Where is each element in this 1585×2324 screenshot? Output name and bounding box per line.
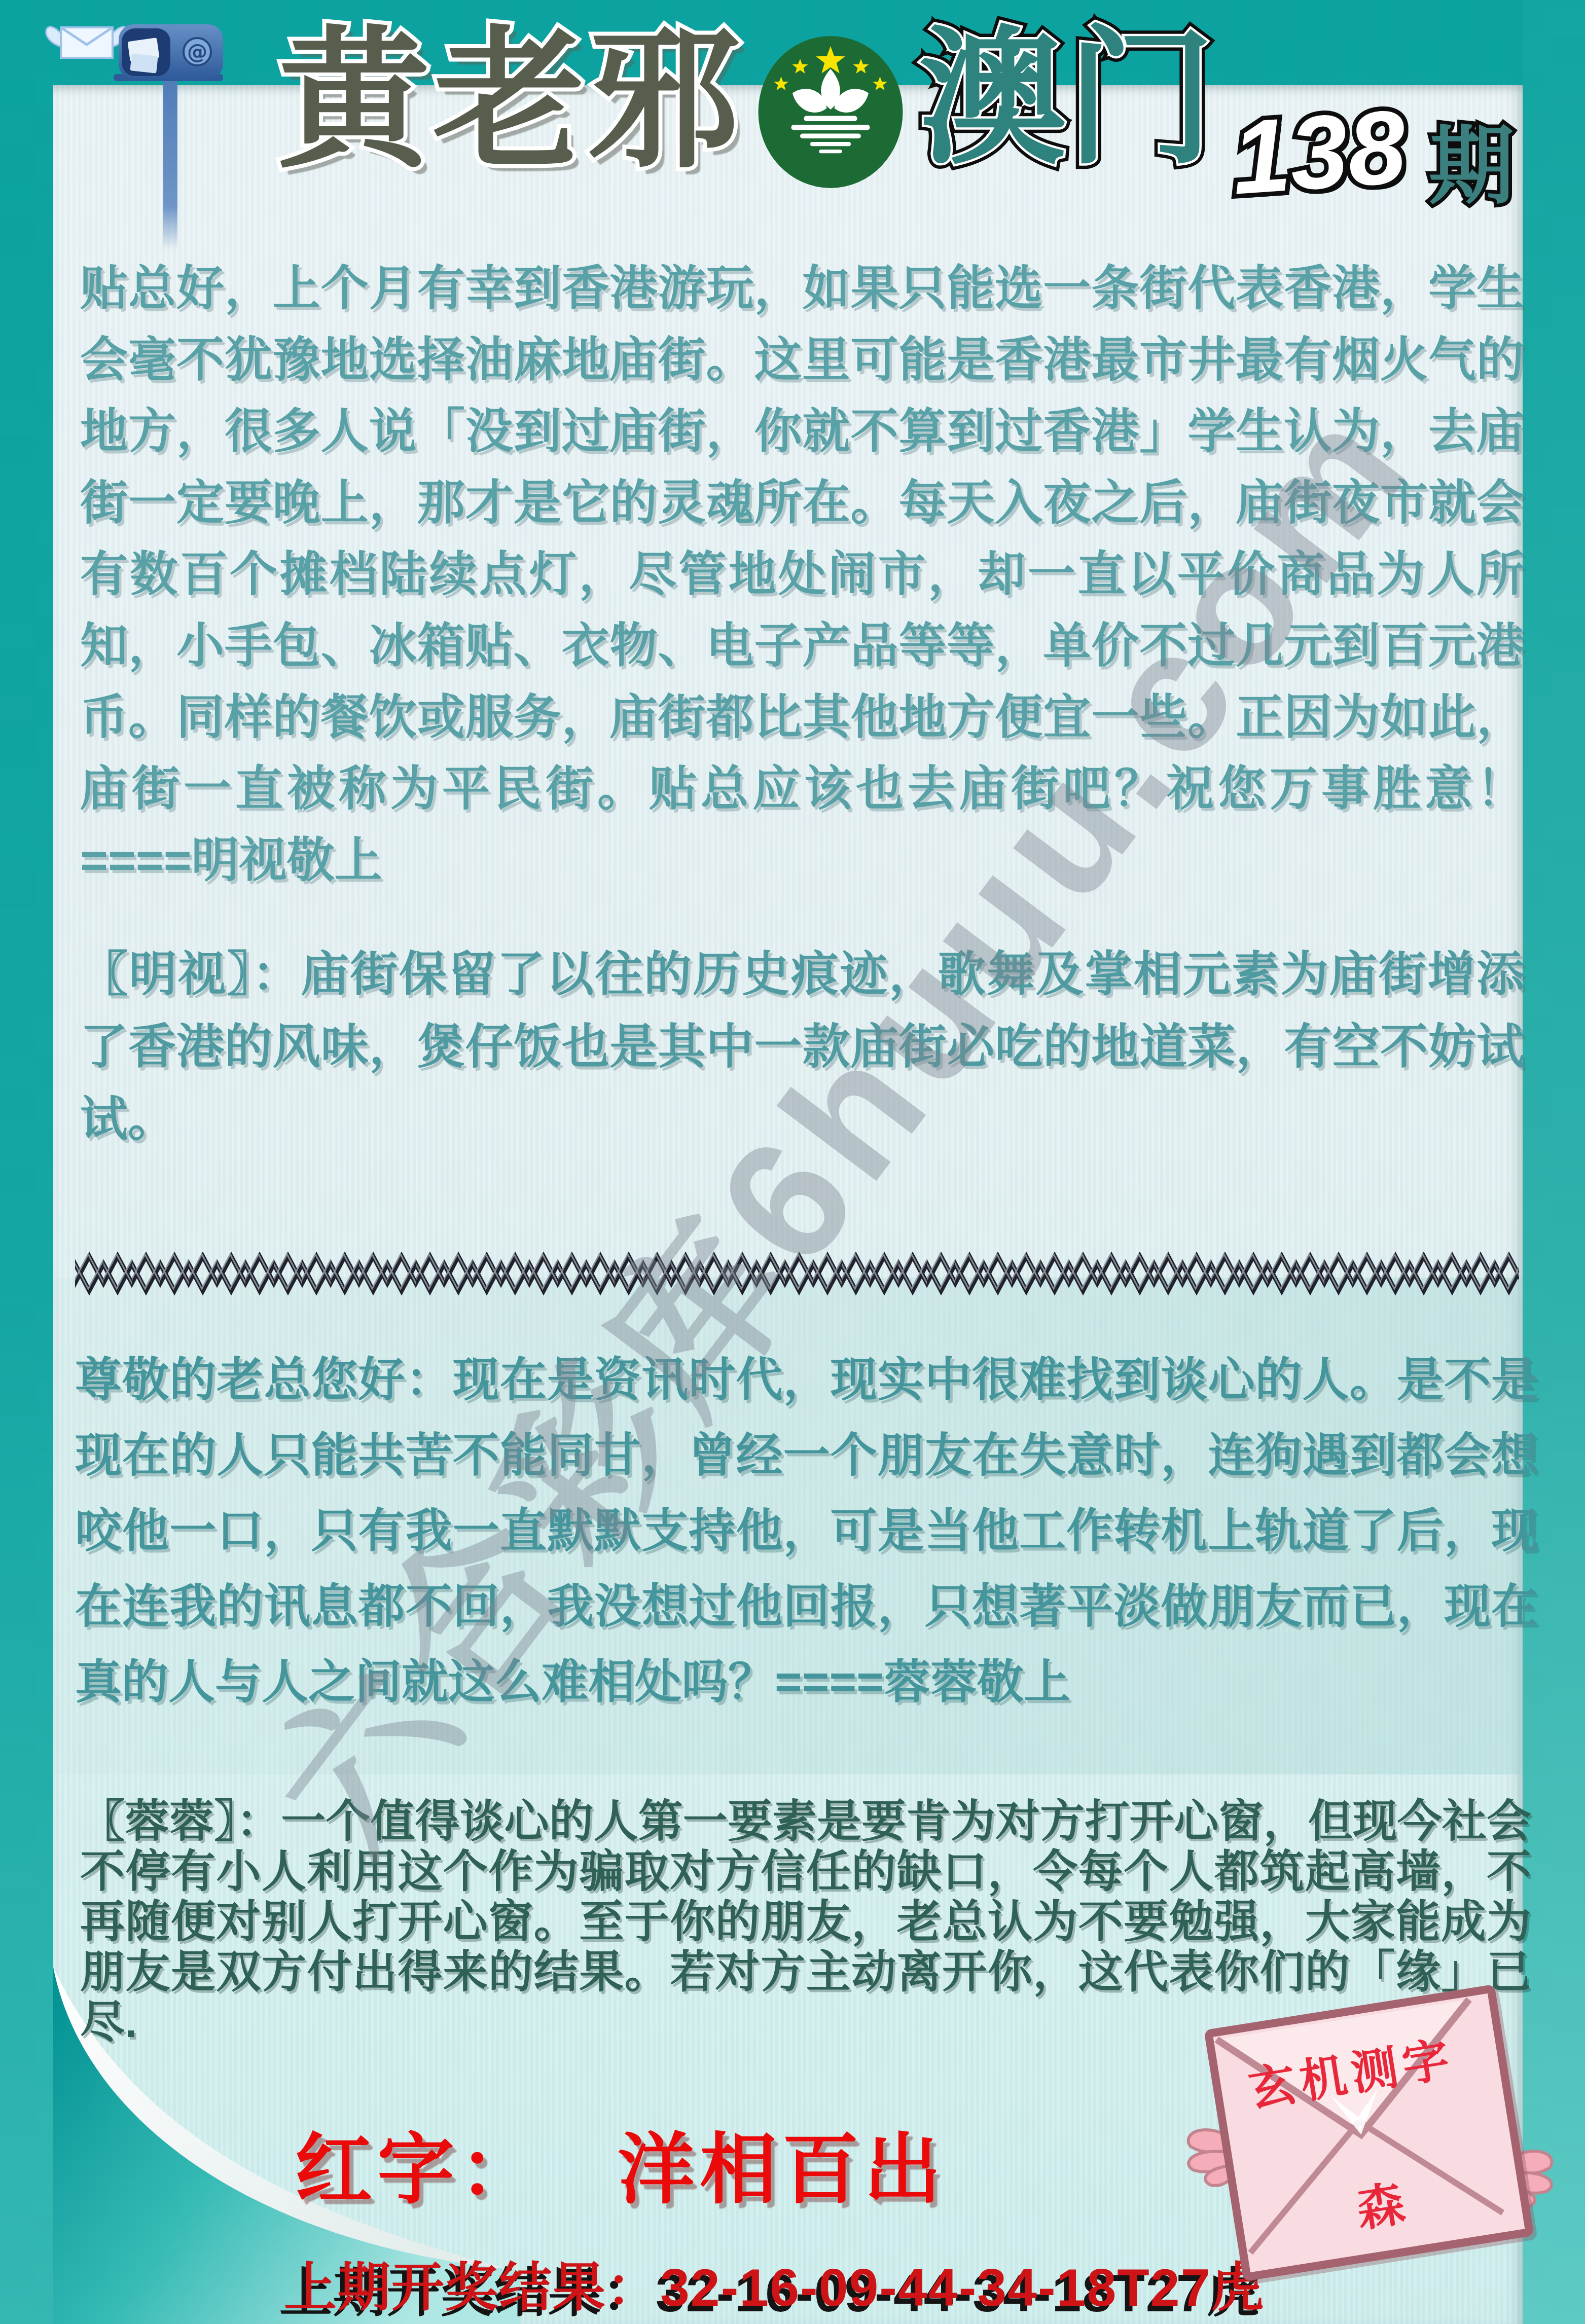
lottery-tips-poster: @ 黄老邪 黄老邪: [0, 0, 1585, 2324]
charm-envelope-body: 玄机测字 森: [1204, 1984, 1534, 2282]
reader-letter-1: 贴总好，上个月有幸到香港游玩，如果只能选一条街代表香港，学生会毫不犹豫地选择油麻…: [80, 252, 1524, 896]
masthead-region: 澳门 澳门 澳门: [919, 24, 1215, 172]
masthead-author: 黄老邪 黄老邪: [278, 24, 743, 176]
last-draw-label: 上期开奖结果：: [284, 2245, 660, 2321]
mailbox-body-icon: @: [114, 24, 223, 249]
last-draw-numbers: 32-16-09-44-34-18T27虎: [660, 2245, 1265, 2321]
right-teal-strip: [1523, 0, 1585, 2324]
stitch-divider: [75, 1250, 1519, 1297]
red-word-label: 红字：: [295, 2108, 542, 2219]
winged-envelope-icon: [46, 27, 128, 58]
issue-number-fill: 138: [1229, 94, 1409, 210]
mailbox-icon: @: [42, 11, 234, 275]
red-word-value: 洋相百出: [618, 2108, 946, 2219]
reader-letter-2: 尊敬的老总您好：现在是资讯时代，现实中很难找到谈心的人。是不是现在的人只能共苦不…: [75, 1342, 1538, 1720]
last-draw-result: 上期开奖结果： 32-16-09-44-34-18T27虎: [284, 2245, 1265, 2321]
masthead-author-fill: 黄老邪: [278, 24, 743, 176]
red-word-gap: [542, 2108, 618, 2219]
masthead-issue-unit: 期 期: [1429, 124, 1514, 209]
macau-lotus-emblem-icon: [754, 31, 907, 195]
issue-unit-fill: 期: [1429, 124, 1514, 209]
masthead: 黄老邪 黄老邪: [278, 24, 1514, 209]
masthead-issue-number: 138 138: [1229, 94, 1409, 210]
svg-text:@: @: [187, 41, 207, 64]
red-word-headline: 红字： 洋相百出: [295, 2108, 946, 2219]
masthead-region-fill: 澳门: [919, 24, 1215, 172]
charm-envelope: 玄机测字 森: [1177, 1987, 1563, 2302]
reply-1: 〖明视〗：庙街保留了以往的历史痕迹，歌舞及掌相元素为庙街增添了香港的风味，煲仔饭…: [80, 938, 1524, 1155]
